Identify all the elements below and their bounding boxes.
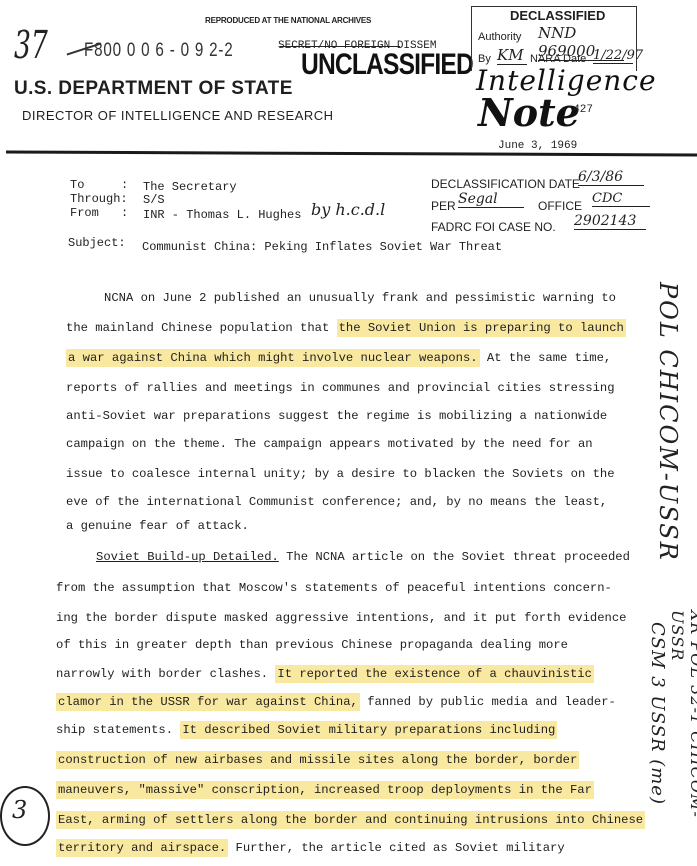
case-number-label: FADRC FOI CASE NO. (431, 220, 556, 234)
body-line: issue to coalesce internal unity; by a d… (66, 466, 615, 482)
body-line: ship statements. It described Soviet mil… (56, 722, 557, 738)
body-text: fanned by public media and leader- (360, 695, 616, 709)
body-text: from the assumption that Moscow's statem… (56, 581, 612, 595)
body-text: ship statements. (56, 723, 180, 737)
by-value: KM (497, 46, 527, 65)
nara-date-value: 1/22/97 (593, 48, 633, 64)
from-value: INR - Thomas L. Hughes (143, 208, 301, 222)
declassified-title: DECLASSIFIED (510, 8, 605, 23)
body-line: clamor in the USSR for war against China… (56, 694, 616, 710)
office-value: CDC (592, 191, 650, 207)
body-text: narrowly with border clashes. (56, 667, 275, 681)
body-line: anti-Soviet war preparations suggest the… (66, 408, 607, 424)
to-value: The Secretary (143, 180, 237, 194)
body-line: eve of the international Communist confe… (66, 494, 607, 510)
section-heading: Soviet Build-up Detailed. (96, 550, 279, 564)
office-title: DIRECTOR OF INTELLIGENCE AND RESEARCH (22, 108, 334, 123)
signature: by h.c.d.l (311, 200, 385, 219)
to-colon: : (121, 178, 128, 192)
case-number-value: 2902143 (574, 213, 646, 230)
from-colon: : (121, 206, 128, 220)
highlighted-text: maneuvers, "massive" conscription, incre… (56, 781, 594, 799)
body-text: anti-Soviet war preparations suggest the… (66, 409, 607, 423)
body-text: At the same time, (480, 351, 612, 365)
unclassified-stamp: UNCLASSIFIED (301, 48, 473, 82)
margin-note-cross-reference: XR POL 32-1 CHICOM-USSR (668, 610, 697, 866)
subject-label: Subject: (68, 236, 126, 250)
subject-value: Communist China: Peking Inflates Soviet … (142, 240, 502, 254)
highlighted-text: East, arming of settlers along the borde… (56, 811, 645, 829)
memo-date: June 3, 1969 (498, 140, 577, 152)
classification-strikethrough (280, 46, 400, 47)
body-text: eve of the international Communist confe… (66, 495, 607, 509)
body-line: territory and airspace. Further, the art… (56, 840, 565, 856)
body-line: a war against China which might involve … (66, 350, 611, 366)
department-title: U.S. DEPARTMENT OF STATE (14, 78, 293, 100)
declassification-date-value: 6/3/86 (578, 169, 644, 186)
body-line: from the assumption that Moscow's statem… (56, 580, 612, 596)
declassification-date-label: DECLASSIFICATION DATE (431, 177, 580, 191)
body-text: ing the border dispute masked aggressive… (56, 611, 626, 625)
body-line: NCNA on June 2 published an unusually fr… (104, 290, 616, 306)
body-text: Further, the article cited as Soviet mil… (228, 841, 564, 855)
office-label: OFFICE (538, 199, 582, 213)
from-label: From (70, 206, 99, 220)
highlighted-text: It reported the existence of a chauvinis… (275, 665, 594, 683)
highlighted-text: the Soviet Union is preparing to launch (337, 319, 626, 337)
through-value: S/S (143, 193, 165, 207)
margin-note-file-code: POL CHICOM-USSR (654, 282, 682, 562)
body-line: maneuvers, "massive" conscription, incre… (56, 782, 594, 798)
body-text: a genuine fear of attack. (66, 519, 249, 533)
highlighted-text: clamor in the USSR for war against China… (56, 693, 360, 711)
body-text: the mainland Chinese population that (66, 321, 337, 335)
body-line: construction of new airbases and missile… (56, 752, 579, 768)
highlighted-text: construction of new airbases and missile… (56, 751, 579, 769)
body-line: Soviet Build-up Detailed. The NCNA artic… (96, 549, 630, 565)
reproduced-notice: REPRODUCED AT THE NATIONAL ARCHIVES (205, 16, 371, 25)
body-line: the mainland Chinese population that the… (66, 320, 626, 336)
body-text: of this in greater depth than previous C… (56, 638, 568, 652)
per-value: Segal (458, 191, 524, 208)
body-line: ing the border dispute masked aggressive… (56, 610, 626, 626)
body-line: a genuine fear of attack. (66, 518, 249, 534)
body-text: issue to coalesce internal unity; by a d… (66, 467, 615, 481)
margin-note-csm: CSM 3 USSR (me) (647, 622, 668, 805)
circled-number: 3 (12, 796, 27, 824)
to-label: To (70, 178, 84, 192)
handwritten-page-number: 37 (14, 26, 48, 64)
body-line: of this in greater depth than previous C… (56, 637, 568, 653)
body-text: reports of rallies and meetings in commu… (66, 381, 615, 395)
per-label: PER (431, 199, 456, 213)
file-number: F800 0 0 6 - 0 9 2-2 (84, 40, 234, 62)
note-number: - 427 (560, 104, 593, 116)
highlighted-text: a war against China which might involve … (66, 349, 480, 367)
body-line: East, arming of settlers along the borde… (56, 812, 645, 828)
authority-label: Authority (478, 31, 521, 43)
highlighted-text: It described Soviet military preparation… (180, 721, 557, 739)
body-line: reports of rallies and meetings in commu… (66, 380, 615, 396)
highlighted-text: territory and airspace. (56, 839, 228, 857)
body-line: campaign on the theme. The campaign appe… (66, 436, 593, 452)
body-text: NCNA on June 2 published an unusually fr… (104, 291, 616, 305)
header-rule (6, 150, 697, 156)
through-label: Through: (70, 192, 128, 206)
body-text: campaign on the theme. The campaign appe… (66, 437, 593, 451)
body-text: The NCNA article on the Soviet threat pr… (279, 550, 630, 564)
body-line: narrowly with border clashes. It reporte… (56, 666, 594, 682)
